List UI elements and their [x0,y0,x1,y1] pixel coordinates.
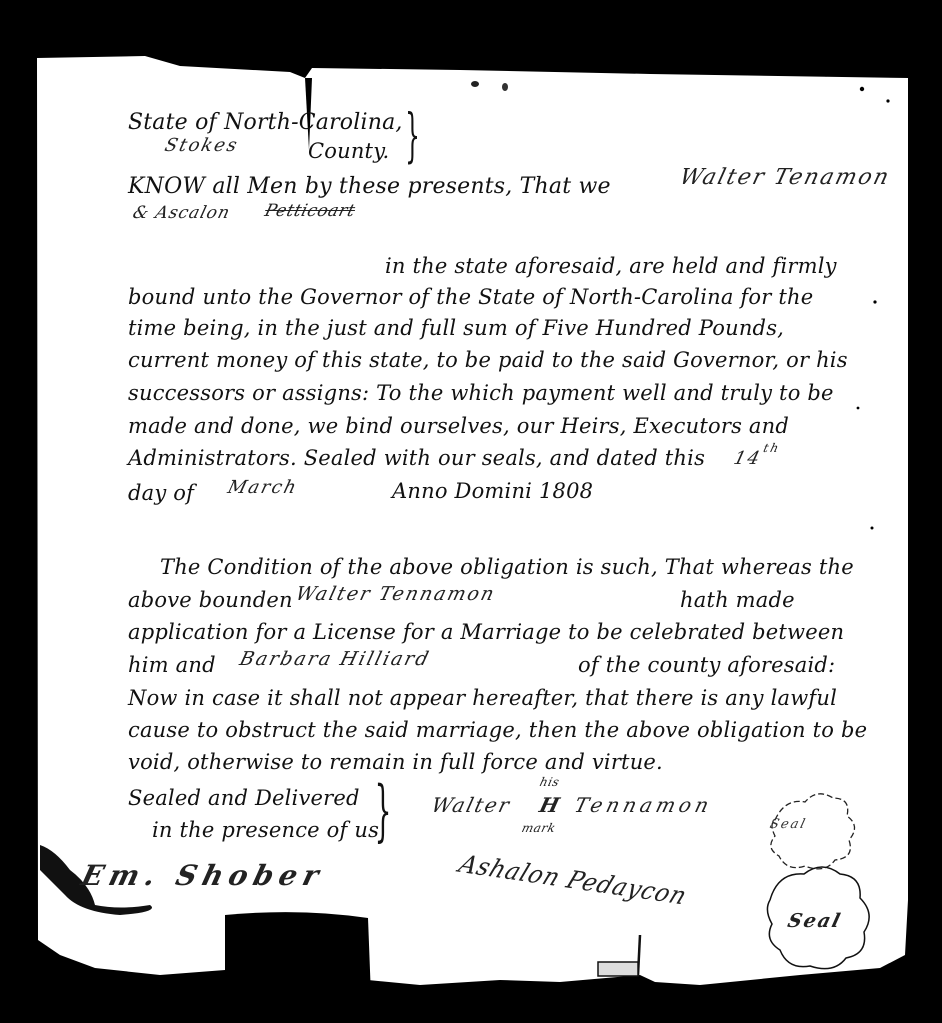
seal-2: Seal [786,912,844,931]
bond-line-7: Administrators. Sealed with our seals, a… [128,448,705,469]
know-all-line: KNOW all Men by these presents, That we [128,176,611,198]
bond-line-1: in the state aforesaid, are held and fir… [385,256,837,277]
condition-line-2-suffix: hath made [680,590,795,611]
county-label: County. [308,141,389,162]
obligor-1-name: Walter Tenamon [677,167,892,189]
condition-line-7: void, otherwise to remain in full force … [128,752,663,773]
county-name-handwritten: Stokes [163,137,241,155]
obligor-2-first: & Ascalon [131,205,232,222]
state-heading: State of North-Carolina, [128,112,403,134]
document-scan: State of North-Carolina, Stokes County. … [0,0,942,1023]
condition-line-1: The Condition of the above obligation is… [160,557,854,578]
signature-brace: } [375,778,392,844]
condition-line-3: application for a License for a Marriage… [128,622,844,643]
condition-line-4-prefix: him and [128,655,216,676]
bride-name: Barbara Hilliard [238,650,433,669]
sealed-delivered-label: Sealed and Delivered [128,788,360,809]
mark-label: mark [521,822,558,834]
bond-line-5: successors or assigns: To the which paym… [128,383,834,404]
bond-month: March [226,479,300,497]
applicant-name: Walter Tennamon [294,585,498,604]
day-of-label: day of [128,483,194,504]
condition-line-5: Now in case it shall not appear hereafte… [128,688,837,709]
header-brace: } [405,106,420,164]
bond-line-4: current money of this state, to be paid … [128,350,848,371]
bond-line-6: made and done, we bind ourselves, our He… [128,416,789,437]
bond-line-3: time being, in the just and full sum of … [128,318,784,339]
condition-line-2-prefix: above bounden [128,590,293,611]
condition-line-4-suffix: of the county aforesaid: [578,655,835,676]
principal-first-name: Walter [430,795,514,815]
obligor-2-surname: Petticoart [263,203,357,220]
principal-last-name: Tennamon [573,795,715,815]
bond-line-2: bound unto the Governor of the State of … [128,287,813,308]
anno-domini: Anno Domini 1808 [392,481,593,502]
in-presence-label: in the presence of us [152,820,379,841]
seal-1: Seal [768,818,808,831]
witness-signature: Em. Shober [79,862,328,890]
bond-day: 14th [732,450,780,468]
his-label: his [539,776,561,788]
condition-line-6: cause to obstruct the said marriage, the… [128,720,867,741]
